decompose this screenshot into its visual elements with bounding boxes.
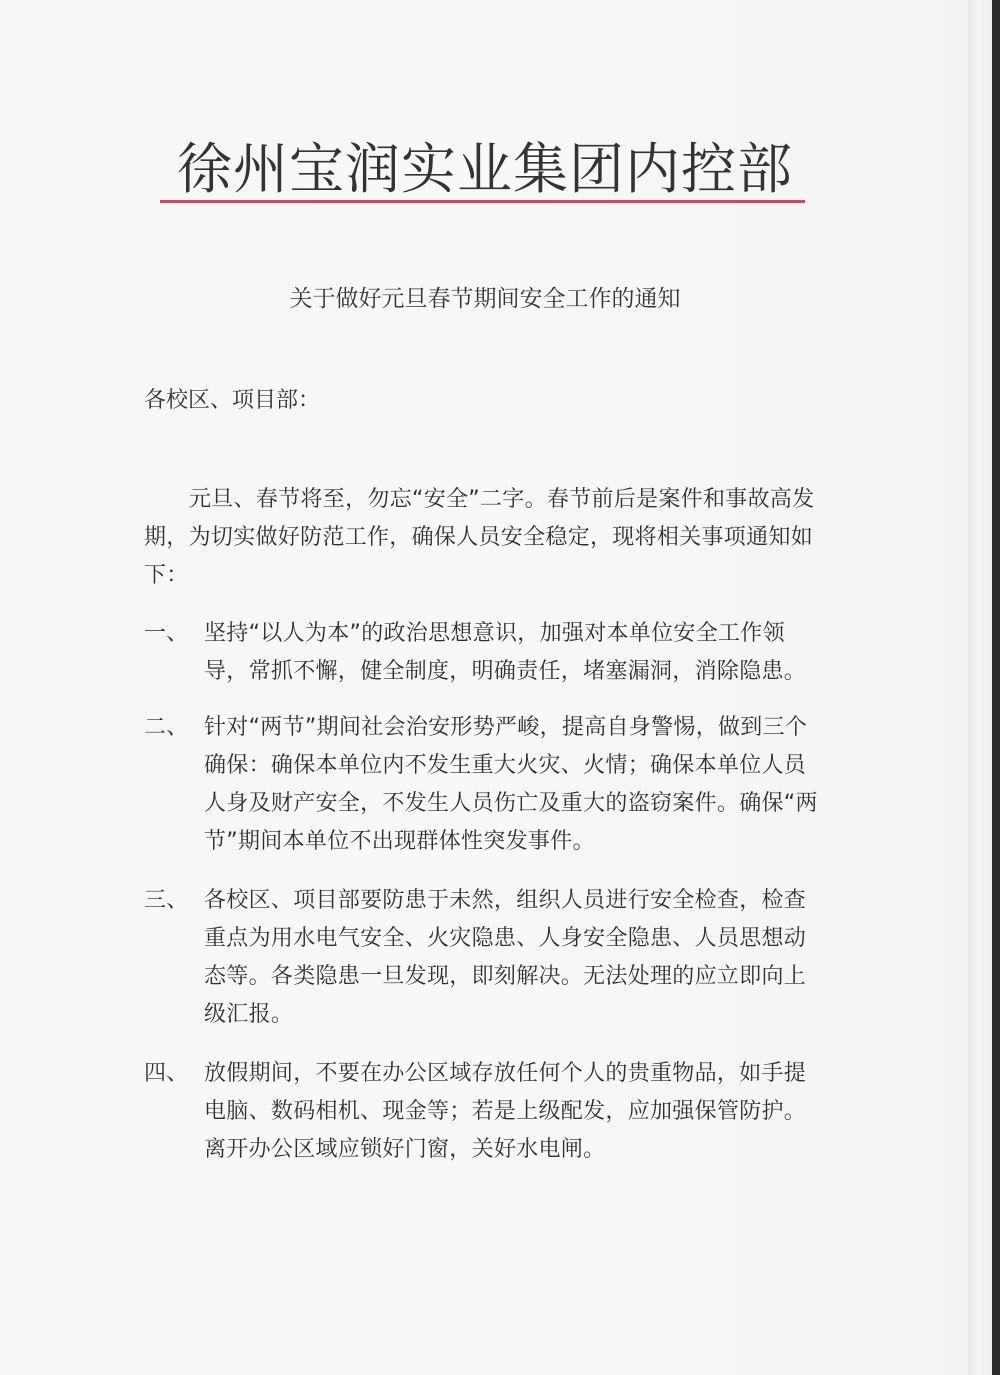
item-text: 针对“两节”期间社会治安形势严峻，提高自身警惕，做到三个确保：确保本单位内不发生… — [204, 709, 824, 861]
salutation: 各校区、项目部： — [144, 384, 320, 418]
item-text: 坚持“以人为本”的政治思想意识，加强对本单位安全工作领导，常抓不懈，健全制度，明… — [204, 615, 824, 691]
item-text: 放假期间，不要在办公区域存放任何个人的贵重物品，如手提电脑、数码相机、现金等；若… — [204, 1055, 824, 1169]
notice-subject: 关于做好元旦春节期间安全工作的通知 — [200, 282, 770, 316]
item-number: 四、 — [144, 1055, 204, 1169]
item-number: 三、 — [144, 882, 204, 1034]
list-item: 三、 各校区、项目部要防患于未然，组织人员进行安全检查，检查重点为用水电气安全、… — [144, 882, 824, 1034]
item-number: 二、 — [144, 709, 204, 861]
page-edge-shadow — [968, 0, 994, 1375]
intro-paragraph: 元旦、春节将至，勿忘“安全”二字。春节前后是案件和事故高发期，为切实做好防范工作… — [144, 481, 824, 595]
list-item: 一、 坚持“以人为本”的政治思想意识，加强对本单位安全工作领导，常抓不懈，健全制… — [144, 615, 824, 691]
item-text: 各校区、项目部要防患于未然，组织人员进行安全检查，检查重点为用水电气安全、火灾隐… — [204, 882, 824, 1034]
item-number: 一、 — [144, 615, 204, 691]
scanner-border — [992, 0, 1000, 1375]
title-red-rule — [160, 200, 805, 203]
scanned-page: 徐州宝润实业集团内控部 关于做好元旦春节期间安全工作的通知 各校区、项目部： 元… — [0, 0, 968, 1375]
list-item: 二、 针对“两节”期间社会治安形势严峻，提高自身警惕，做到三个确保：确保本单位内… — [144, 709, 824, 861]
list-item: 四、 放假期间，不要在办公区域存放任何个人的贵重物品，如手提电脑、数码相机、现金… — [144, 1055, 824, 1169]
organization-title: 徐州宝润实业集团内控部 — [160, 136, 810, 202]
